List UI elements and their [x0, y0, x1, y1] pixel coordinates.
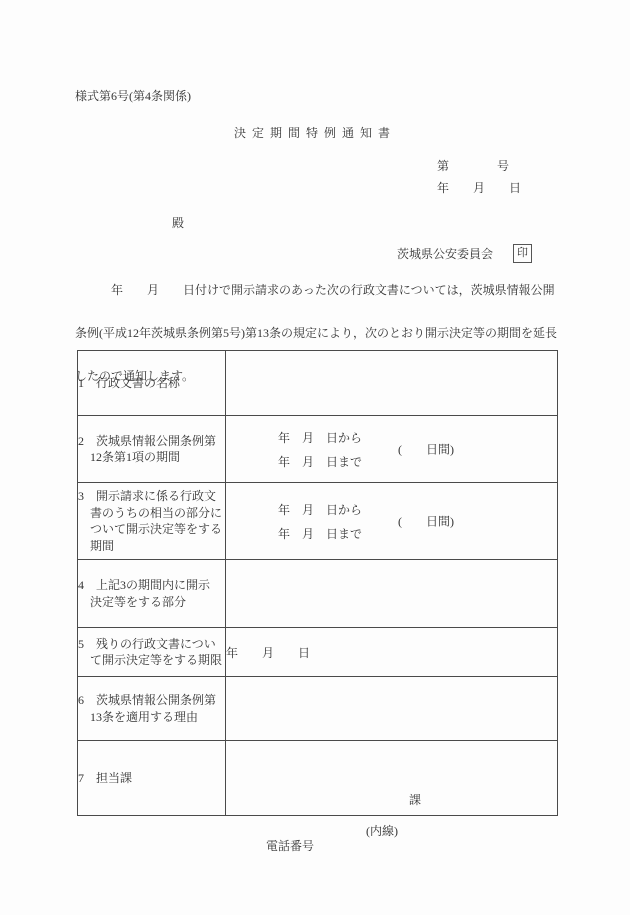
row6-reason-cell: [226, 677, 558, 741]
row2-period: 年 月 日から 年 月 日まで ( 日間): [226, 429, 557, 470]
table-row: 5 残りの行政文書につい て開示決定等をする期限 年 月 日: [78, 628, 558, 677]
document-page: 様式第6号(第4条関係) 決定期間特例通知書 第 号 年 月 日 殿 茨城県公安…: [0, 0, 630, 915]
notice-table: 1 行政文書の名称 2 茨城県情報公開条例第 12条第1項の期間 年 月 日から…: [77, 350, 558, 816]
document-title: 決定期間特例通知書: [0, 124, 630, 141]
section-suffix: 課: [409, 791, 421, 808]
notice-body-line2: 条例(平成12年茨城県条例第5号)第13条の規定により，次のとおり開示決定等の期…: [75, 326, 557, 340]
seal-placeholder: 印: [513, 244, 532, 263]
document-date-line: 年 月 日: [437, 179, 521, 196]
row4-label: 4 上記3の期間内に開示 決定等をする部分: [78, 560, 226, 628]
extension-label: (内線): [366, 822, 398, 839]
issuer-row: 茨城県公安委員会 印: [397, 244, 532, 263]
row6-label: 6 茨城県情報公開条例第 13条を適用する理由: [78, 677, 226, 741]
row4-disclosure-part-cell: [226, 560, 558, 628]
row2-period-days: ( 日間): [398, 441, 454, 458]
table-row: 7 担当課 課 電話番号 (内線): [78, 741, 558, 816]
row3-label: 3 開示請求に係る行政文 書のうちの相当の部分に ついて開示決定等をする 期間: [78, 483, 226, 560]
row5-label: 5 残りの行政文書につい て開示決定等をする期限: [78, 628, 226, 677]
table-row: 2 茨城県情報公開条例第 12条第1項の期間 年 月 日から 年 月 日まで (…: [78, 416, 558, 483]
row1-label: 1 行政文書の名称: [78, 351, 226, 416]
document-number-line: 第 号: [437, 157, 509, 174]
telephone-label: 電話番号: [266, 839, 314, 853]
row7-label: 7 担当課: [78, 741, 226, 816]
table-row: 4 上記3の期間内に開示 決定等をする部分: [78, 560, 558, 628]
row1-document-name-cell: [226, 351, 558, 416]
issuer-name: 茨城県公安委員会: [397, 245, 493, 262]
row2-period-cell: 年 月 日から 年 月 日まで ( 日間): [226, 416, 558, 483]
form-id: 様式第6号(第4条関係): [75, 87, 191, 104]
row5-deadline-cell: 年 月 日: [226, 628, 558, 677]
addressee-honorific: 殿: [172, 214, 184, 231]
row3-period: 年 月 日から 年 月 日まで ( 日間): [226, 501, 557, 542]
table-row: 1 行政文書の名称: [78, 351, 558, 416]
row3-period-days: ( 日間): [398, 513, 454, 530]
notice-body-line1: 年 月 日付けで開示請求のあった次の行政文書については，茨城県情報公開: [75, 283, 555, 297]
row2-label: 2 茨城県情報公開条例第 12条第1項の期間: [78, 416, 226, 483]
table-row: 6 茨城県情報公開条例第 13条を適用する理由: [78, 677, 558, 741]
telephone-line: 電話番号 (内線): [230, 822, 557, 884]
table-row: 3 開示請求に係る行政文 書のうちの相当の部分に ついて開示決定等をする 期間 …: [78, 483, 558, 560]
row7-contact-cell: 課 電話番号 (内線): [226, 741, 558, 816]
row3-period-cell: 年 月 日から 年 月 日まで ( 日間): [226, 483, 558, 560]
